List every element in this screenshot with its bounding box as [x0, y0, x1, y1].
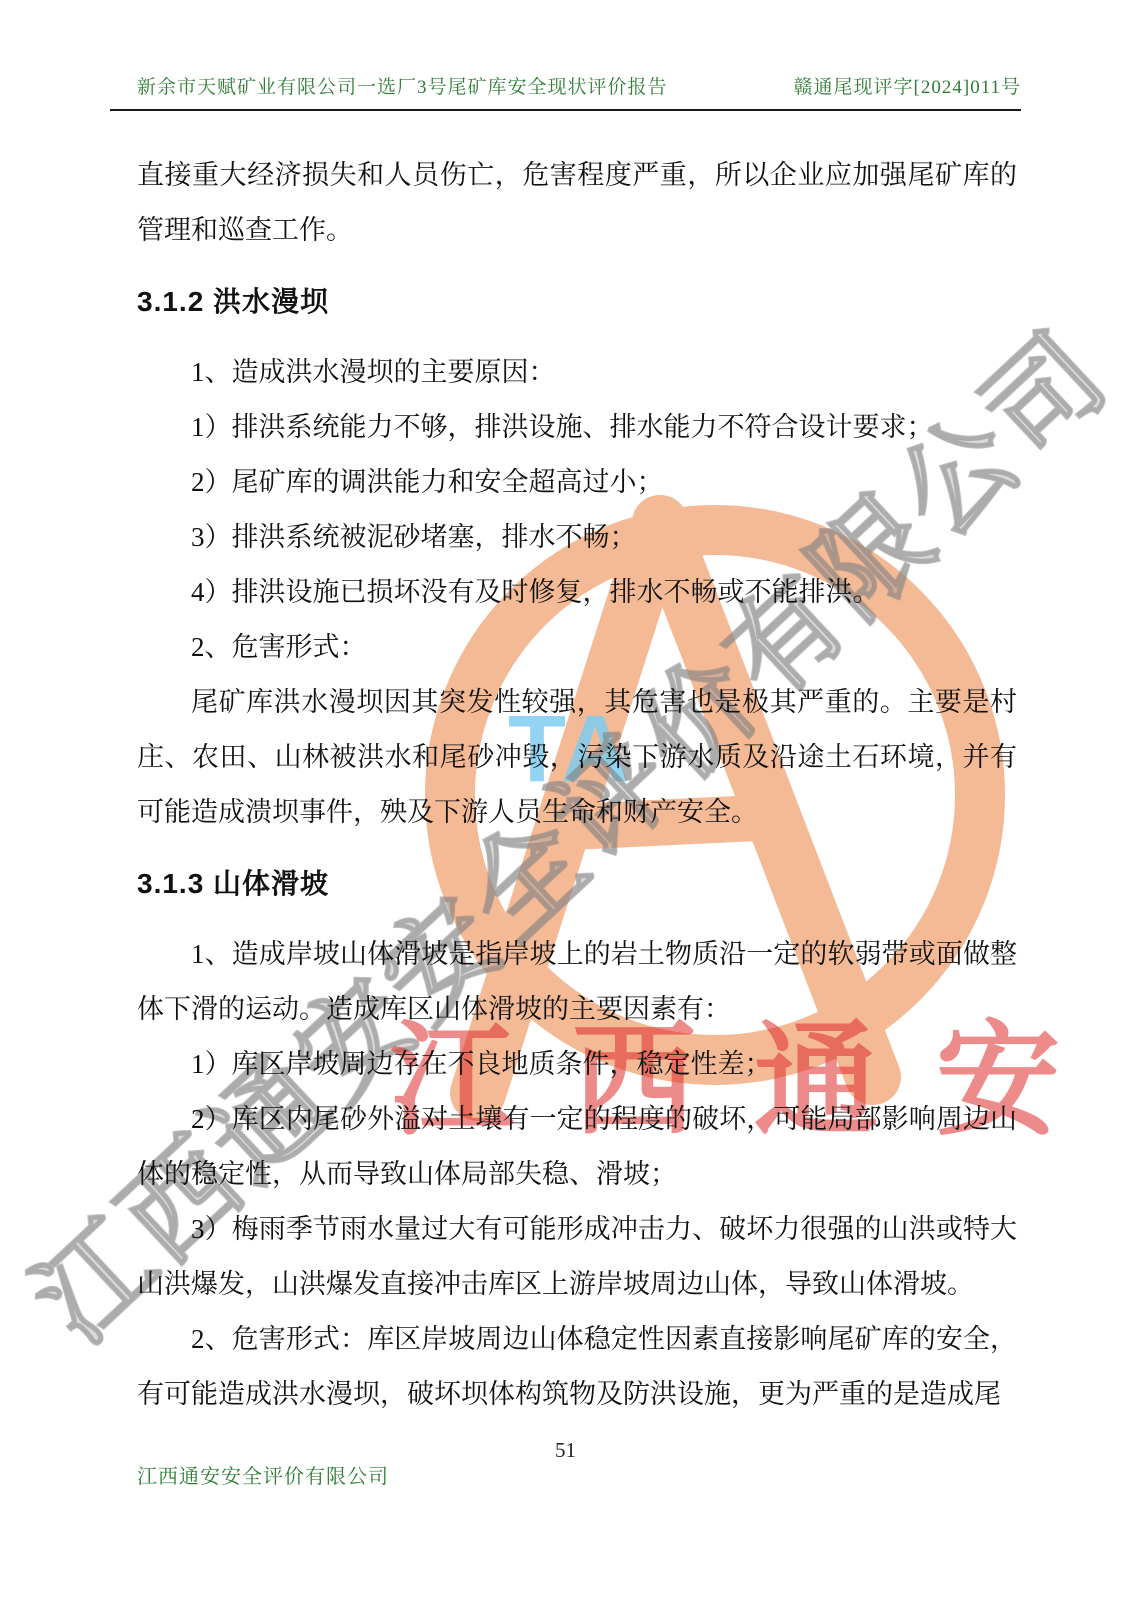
paragraph: 2）尾矿库的调洪能力和安全超高过小； — [137, 455, 1017, 510]
paragraph: 1、造成洪水漫坝的主要原因： — [137, 345, 1017, 400]
header-report-title: 新余市天赋矿业有限公司一选厂3号尾矿库安全现状评价报告 — [137, 72, 668, 99]
document-body: 直接重大经济损失和人员伤亡，危害程度严重，所以企业应加强尾矿库的管理和巡查工作。… — [137, 148, 1017, 1422]
paragraph: 3）排洪系统被泥砂堵塞，排水不畅； — [137, 510, 1017, 565]
paragraph: 直接重大经济损失和人员伤亡，危害程度严重，所以企业应加强尾矿库的管理和巡查工作。 — [137, 148, 1017, 258]
section-heading: 3.1.2 洪水漫坝 — [137, 274, 1017, 329]
page-header: 新余市天赋矿业有限公司一选厂3号尾矿库安全现状评价报告 赣通尾现评字[2024]… — [110, 0, 1021, 111]
paragraph: 2）库区内尾砂外溢对土壤有一定的程度的破坏，可能局部影响周边山体的稳定性，从而导… — [137, 1092, 1017, 1202]
paragraph: 1）排洪系统能力不够，排洪设施、排水能力不符合设计要求； — [137, 400, 1017, 455]
footer-company-name: 江西通安安全评价有限公司 — [137, 1460, 389, 1489]
paragraph: 2、危害形式：库区岸坡周边山体稳定性因素直接影响尾矿库的安全，有可能造成洪水漫坝… — [137, 1312, 1017, 1422]
header-document-number: 赣通尾现评字[2024]011号 — [794, 72, 1021, 99]
paragraph: 1、造成岸坡山体滑坡是指岸坡上的岩土物质沿一定的软弱带或面做整体下滑的运动。造成… — [137, 927, 1017, 1037]
paragraph: 3）梅雨季节雨水量过大有可能形成冲击力、破坏力很强的山洪或特大山洪爆发，山洪爆发… — [137, 1202, 1017, 1312]
paragraph: 1）库区岸坡周边存在不良地质条件，稳定性差； — [137, 1037, 1017, 1092]
report-page: TA 江西通安安全评价有限公司 江西通安 新余市天赋矿业有限公司一选厂3号尾矿库… — [0, 0, 1131, 1600]
section-heading: 3.1.3 山体滑坡 — [137, 856, 1017, 911]
paragraph: 4）排洪设施已损坏没有及时修复，排水不畅或不能排洪。 — [137, 565, 1017, 620]
paragraph: 2、危害形式： — [137, 620, 1017, 675]
paragraph: 尾矿库洪水漫坝因其突发性较强，其危害也是极其严重的。主要是村庄、农田、山林被洪水… — [137, 675, 1017, 840]
